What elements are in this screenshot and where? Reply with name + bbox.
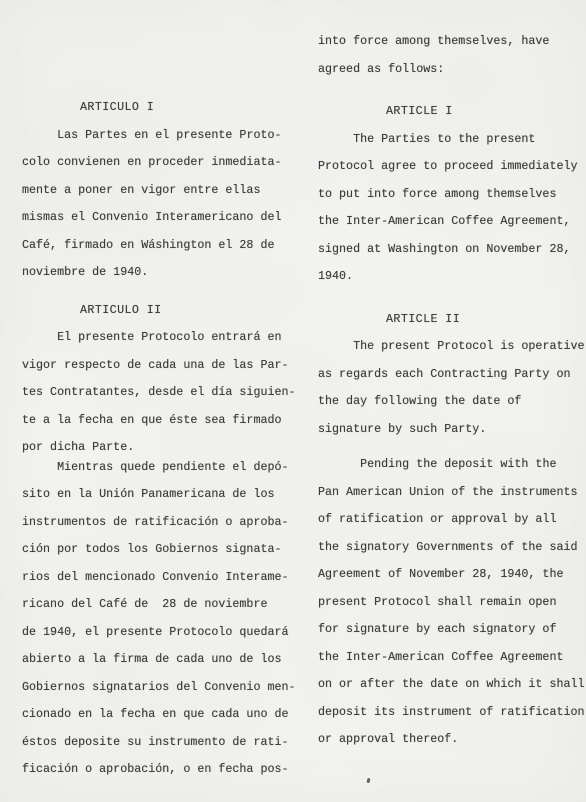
article-heading: ARTICULO I <box>80 94 308 122</box>
column-spanish-text: ARTICULO I Las Partes en el presente Pro… <box>22 94 308 784</box>
article-heading: ARTICULO II <box>80 297 308 325</box>
column-english-text: into force among themselves, have agreed… <box>318 28 586 754</box>
paragraph: The present Protocol is operative as reg… <box>318 333 586 443</box>
article-heading: ARTICLE II <box>386 306 586 334</box>
ink-speck <box>366 778 370 784</box>
paragraph: El presente Protocolo entrará en vigor r… <box>22 324 308 462</box>
document-page: ARTICULO I Las Partes en el presente Pro… <box>0 0 586 802</box>
paragraph: into force among themselves, have agreed… <box>318 28 586 83</box>
article-heading: ARTICLE I <box>386 98 586 126</box>
paragraph: Pending the deposit with the Pan America… <box>318 451 586 754</box>
paragraph: Mientras quede pendiente el depó- sito e… <box>22 454 308 784</box>
paragraph: Las Partes en el presente Proto- colo co… <box>22 122 308 287</box>
paragraph: The Parties to the present Protocol agre… <box>318 126 586 291</box>
